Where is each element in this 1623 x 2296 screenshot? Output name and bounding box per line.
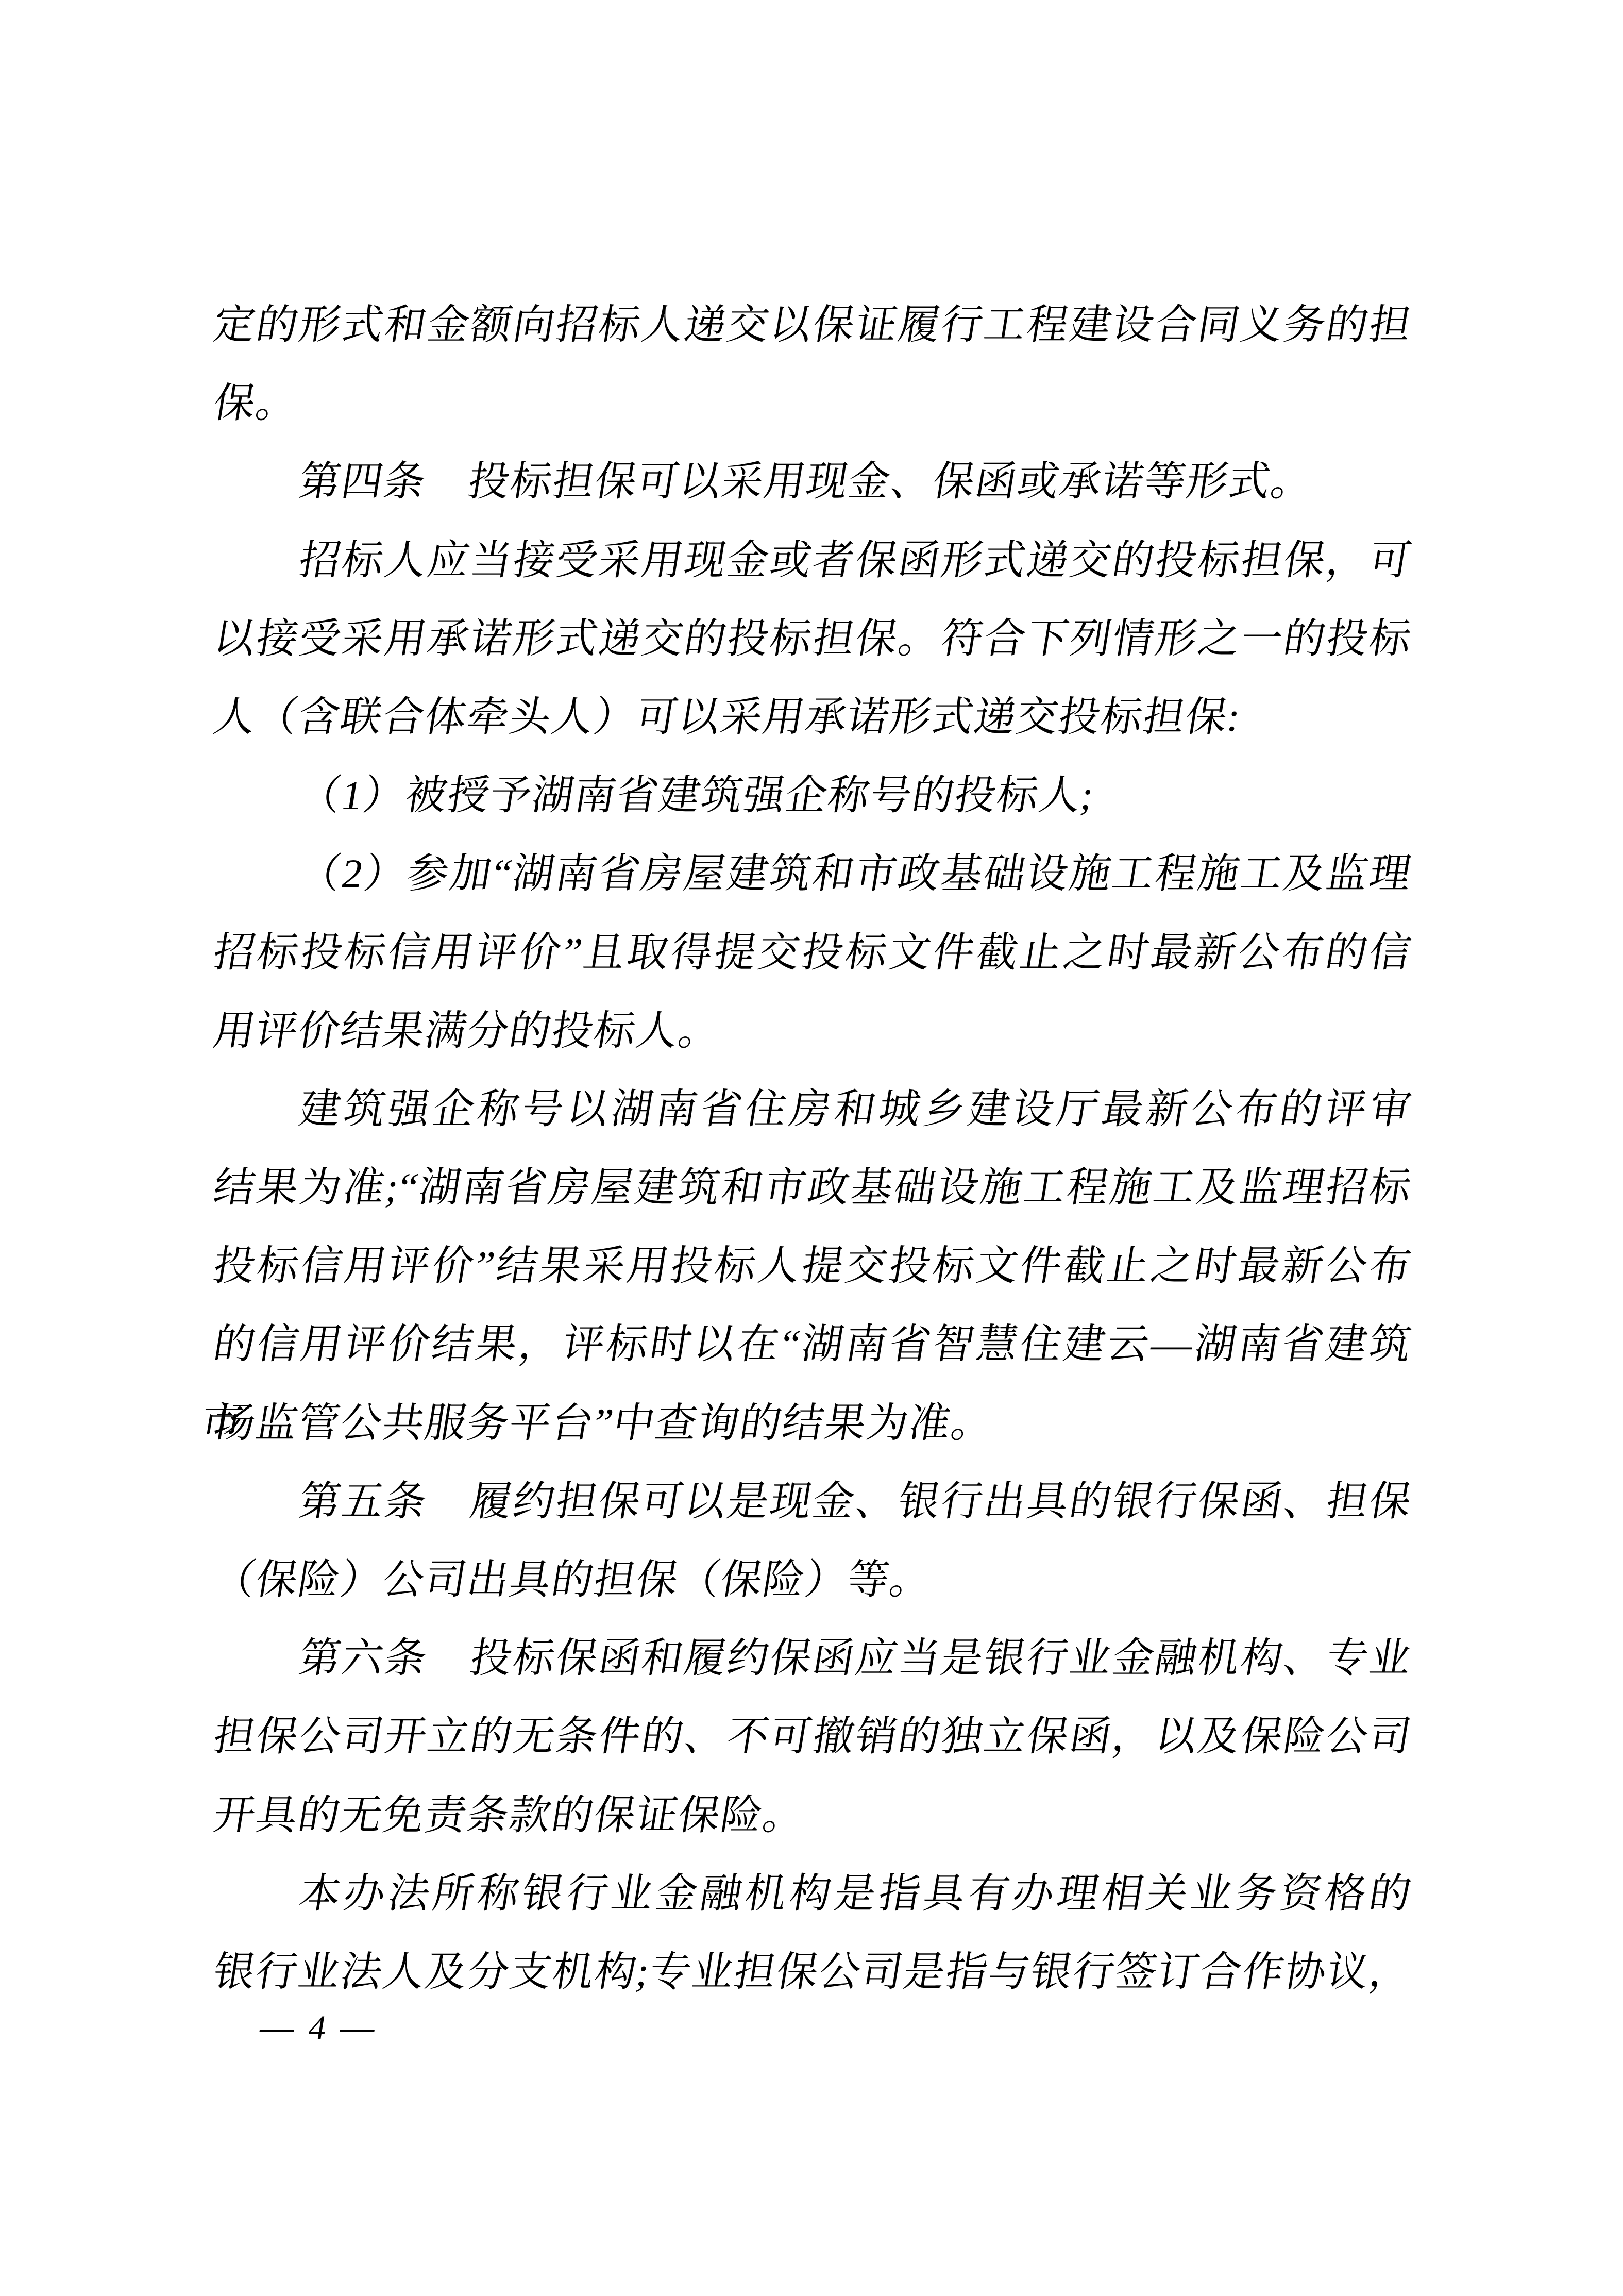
text-line-5: 以接受采用承诺形式递交的投标担保。符合下列情形之一的投标 bbox=[208, 600, 1418, 678]
text-line-4: 招标人应当接受采用现金或者保函形式递交的投标担保，可 bbox=[208, 522, 1418, 600]
text-line-21: 本办法所称银行业金融机构是指具有办理相关业务资格的 bbox=[208, 1855, 1418, 1933]
text-line-22: 银行业法人及分支机构;专业担保公司是指与银行签订合作协议， bbox=[208, 1933, 1418, 2012]
text-line-6: 人（含联合体牵头人）可以采用承诺形式递交投标担保: bbox=[208, 678, 1418, 757]
text-line-10: 用评价结果满分的投标人。 bbox=[208, 992, 1418, 1070]
document-page: 定的形式和金额向招标人递交以保证履行工程建设合同义务的担 保。 第四条 投标担保… bbox=[0, 0, 1623, 2296]
text-line-3: 第四条 投标担保可以采用现金、保函或承诺等形式。 bbox=[208, 443, 1418, 521]
text-line-19: 担保公司开立的无条件的、不可撤销的独立保函，以及保险公司 bbox=[208, 1698, 1418, 1776]
text-line-20: 开具的无免责条款的保证保险。 bbox=[208, 1777, 1418, 1855]
text-line-14: 的信用评价结果，评标时以在“湖南省智慧住建云—湖南省建筑市 bbox=[208, 1305, 1418, 1384]
text-line-2: 保。 bbox=[208, 364, 1418, 443]
text-line-1: 定的形式和金额向招标人递交以保证履行工程建设合同义务的担 bbox=[208, 286, 1418, 364]
text-line-8: （2）参加“湖南省房屋建筑和市政基础设施工程施工及监理 bbox=[208, 835, 1418, 913]
text-line-12: 结果为准;“湖南省房屋建筑和市政基础设施工程施工及监理招标 bbox=[208, 1149, 1418, 1227]
text-line-15: 场监管公共服务平台”中查询的结果为准。 bbox=[208, 1384, 1418, 1463]
text-line-7: （1）被授予湖南省建筑强企称号的投标人; bbox=[208, 757, 1418, 835]
text-line-18: 第六条 投标保函和履约保函应当是银行业金融机构、专业 bbox=[208, 1619, 1418, 1698]
text-line-13: 投标信用评价”结果采用投标人提交投标文件截止之时最新公布 bbox=[208, 1227, 1418, 1305]
text-line-17: （保险）公司出具的担保（保险）等。 bbox=[208, 1541, 1418, 1619]
text-line-9: 招标投标信用评价”且取得提交投标文件截止之时最新公布的信 bbox=[208, 914, 1418, 992]
text-line-11: 建筑强企称号以湖南省住房和城乡建设厅最新公布的评审 bbox=[208, 1070, 1418, 1149]
page-number: — 4 — bbox=[258, 2011, 380, 2045]
text-line-16: 第五条 履约担保可以是现金、银行出具的银行保函、担保 bbox=[208, 1463, 1418, 1541]
body-text: 定的形式和金额向招标人递交以保证履行工程建设合同义务的担 保。 第四条 投标担保… bbox=[214, 286, 1412, 2012]
